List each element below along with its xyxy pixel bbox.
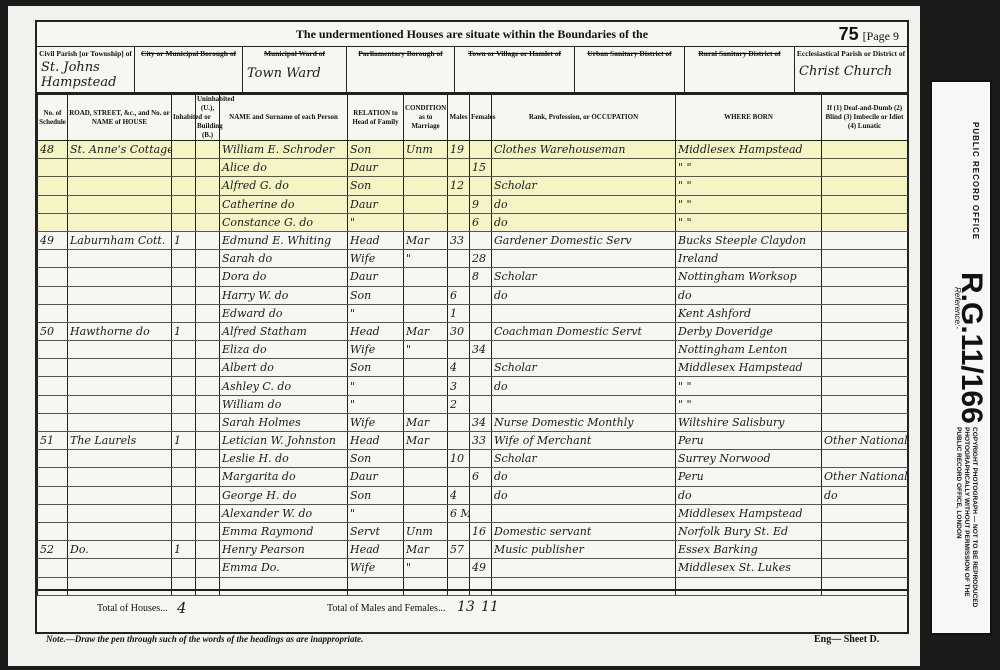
cell-road: Do.: [68, 541, 172, 559]
cell-schedule: [38, 504, 68, 522]
cell-born: Nottingham Worksop: [676, 268, 822, 286]
table-row: 50Hawthorne do1Alfred StathamHeadMar30Co…: [38, 322, 908, 340]
cell-occupation: [492, 559, 676, 577]
cell-born: Norfolk Bury St. Ed: [676, 522, 822, 540]
table-row: Emma Do.Wife"49Middlesex St. Lukes: [38, 559, 908, 577]
cell-road: [68, 504, 172, 522]
cell-condition: [404, 359, 448, 377]
cell-condition: ": [404, 250, 448, 268]
district-parliamentary-borough: Parliamentary Borough of: [347, 46, 455, 92]
cell-uninhabited: [196, 377, 220, 395]
cell-born: Middlesex St. Lukes: [676, 559, 822, 577]
cell-born: Surrey Norwood: [676, 450, 822, 468]
table-row: William do"2" ": [38, 395, 908, 413]
cell-road: [68, 304, 172, 322]
cell-condition: [404, 304, 448, 322]
district-label: Civil Parish [or Township] of: [39, 49, 132, 58]
table-row: Edward do"1Kent Ashford: [38, 304, 908, 322]
cell-relation: Daur: [348, 468, 404, 486]
col-name: NAME and Surname of each Person: [220, 95, 348, 141]
cell-uninhabited: [196, 395, 220, 413]
cell-female: 15: [470, 159, 492, 177]
cell-uninhabited: [196, 504, 220, 522]
cell-uninhabited: [196, 413, 220, 431]
cell-infirmity: [822, 504, 908, 522]
cell-occupation: Scholar: [492, 177, 676, 195]
cell-road: [68, 250, 172, 268]
cell-male: [448, 522, 470, 540]
cell-condition: Unm: [404, 141, 448, 159]
cell-relation: Head: [348, 432, 404, 450]
cell-born: " ": [676, 377, 822, 395]
cell-road: [68, 395, 172, 413]
cell-infirmity: [822, 195, 908, 213]
total-males: 13: [457, 599, 475, 615]
total-females: 11: [481, 599, 499, 615]
cell-infirmity: [822, 141, 908, 159]
footer-note: Note.—Draw the pen through such of the w…: [46, 634, 363, 644]
cell-name: Alfred Statham: [220, 322, 348, 340]
cell-male: 19: [448, 141, 470, 159]
cell-road: [68, 213, 172, 231]
cell-condition: ": [404, 341, 448, 359]
cell-infirmity: [822, 377, 908, 395]
cell-schedule: [38, 377, 68, 395]
district-value: Christ Church: [799, 64, 903, 79]
title-text: The undermentioned Houses are situate wi…: [296, 27, 648, 41]
cell-male: 4: [448, 486, 470, 504]
cell-infirmity: [822, 286, 908, 304]
cell-female: [470, 541, 492, 559]
cell-road: Laburnham Cott.: [68, 231, 172, 249]
cell-male: [448, 268, 470, 286]
cell-schedule: 49: [38, 231, 68, 249]
cell-schedule: [38, 250, 68, 268]
cell-inhabited: [172, 395, 196, 413]
table-row: 51The Laurels1Letician W. JohnstonHeadMa…: [38, 432, 908, 450]
cell-inhabited: [172, 268, 196, 286]
cell-schedule: 52: [38, 541, 68, 559]
cell-condition: [404, 468, 448, 486]
cell-uninhabited: [196, 195, 220, 213]
cell-inhabited: [172, 522, 196, 540]
table-row: 52Do.1Henry PearsonHeadMar57Music publis…: [38, 541, 908, 559]
cell-road: [68, 177, 172, 195]
cell-relation: ": [348, 377, 404, 395]
cell-occupation: do: [492, 486, 676, 504]
cell-inhabited: [172, 559, 196, 577]
cell-name: Alice do: [220, 159, 348, 177]
cell-uninhabited: [196, 286, 220, 304]
cell-road: [68, 377, 172, 395]
cell-occupation: [492, 341, 676, 359]
cell-born: " ": [676, 195, 822, 213]
cell-inhabited: [172, 195, 196, 213]
cell-inhabited: [172, 359, 196, 377]
district-label: Town or Village or Hamlet of: [468, 49, 561, 58]
cell-uninhabited: [196, 486, 220, 504]
cell-schedule: 51: [38, 432, 68, 450]
cell-male: [448, 413, 470, 431]
cell-condition: [404, 177, 448, 195]
district-label: Parliamentary Borough of: [358, 49, 442, 58]
cell-name: Alfred G. do: [220, 177, 348, 195]
table-row: Leslie H. doSon10ScholarSurrey Norwood: [38, 450, 908, 468]
cell-born: Derby Doveridge: [676, 322, 822, 340]
cell-occupation: Gardener Domestic Serv: [492, 231, 676, 249]
cell-occupation: do: [492, 195, 676, 213]
table-row: Margarita doDaur6doPeruOther Nationality: [38, 468, 908, 486]
cell-road: [68, 559, 172, 577]
census-rows: 48St. Anne's Cottage contdWilliam E. Sch…: [38, 141, 908, 596]
cell-occupation: Clothes Warehouseman: [492, 141, 676, 159]
table-row: Catherine doDaur9do" ": [38, 195, 908, 213]
col-inhabited: Inhabited: [172, 95, 196, 141]
cell-name: Alexander W. do: [220, 504, 348, 522]
cell-inhabited: 1: [172, 541, 196, 559]
cell-relation: ": [348, 504, 404, 522]
totals-row: Total of Houses... 4 Total of Males and …: [37, 589, 907, 631]
cell-inhabited: 1: [172, 432, 196, 450]
cell-female: 8: [470, 268, 492, 286]
page-title: The undermentioned Houses are situate wi…: [37, 22, 907, 47]
cell-male: [448, 341, 470, 359]
cell-condition: [404, 213, 448, 231]
cell-name: George H. do: [220, 486, 348, 504]
cell-condition: Mar: [404, 413, 448, 431]
cell-schedule: [38, 395, 68, 413]
cell-born: Middlesex Hampstead: [676, 504, 822, 522]
col-infirmity: If (1) Deaf-and-Dumb (2) Blind (3) Imbec…: [822, 95, 908, 141]
cell-condition: [404, 286, 448, 304]
cell-male: [448, 432, 470, 450]
cell-occupation: Nurse Domestic Monthly: [492, 413, 676, 431]
col-males: Males: [448, 95, 470, 141]
district-label: Rural Sanitary District of: [698, 49, 780, 58]
cell-uninhabited: [196, 522, 220, 540]
cell-road: [68, 486, 172, 504]
cell-born: Ireland: [676, 250, 822, 268]
cell-schedule: [38, 522, 68, 540]
cell-relation: Head: [348, 231, 404, 249]
cell-infirmity: Other Nationality: [822, 468, 908, 486]
cell-uninhabited: [196, 359, 220, 377]
cell-male: [448, 559, 470, 577]
district-ecclesiastical-parish: Ecclesiastical Parish or District ofChri…: [795, 46, 907, 92]
table-row: Eliza doWife"34Nottingham Lenton: [38, 341, 908, 359]
cell-relation: Servt: [348, 522, 404, 540]
cell-female: [470, 322, 492, 340]
cell-inhabited: [172, 213, 196, 231]
table-row: Alexander W. do"6 MoMiddlesex Hampstead: [38, 504, 908, 522]
cell-inhabited: [172, 450, 196, 468]
reference-number: R.G.11/166: [954, 272, 988, 424]
total-houses-label: Total of Houses...: [97, 603, 168, 614]
cell-name: Constance G. do: [220, 213, 348, 231]
cell-schedule: [38, 468, 68, 486]
cell-infirmity: [822, 413, 908, 431]
cell-female: [470, 177, 492, 195]
cell-name: Edward do: [220, 304, 348, 322]
table-row: Sarah doWife"28Ireland: [38, 250, 908, 268]
cell-infirmity: [822, 341, 908, 359]
cell-occupation: Music publisher: [492, 541, 676, 559]
cell-occupation: do: [492, 377, 676, 395]
page-number: 75[Page 9: [839, 22, 899, 48]
cell-relation: Son: [348, 359, 404, 377]
cell-inhabited: [172, 304, 196, 322]
cell-male: [448, 468, 470, 486]
cell-schedule: [38, 486, 68, 504]
cell-schedule: [38, 268, 68, 286]
cell-inhabited: [172, 377, 196, 395]
page-label: [Page 9: [863, 29, 899, 43]
cell-infirmity: [822, 231, 908, 249]
cell-condition: [404, 450, 448, 468]
district-label: Ecclesiastical Parish or District of: [797, 49, 905, 58]
cell-born: Middlesex Hampstead: [676, 359, 822, 377]
cell-inhabited: 1: [172, 231, 196, 249]
cell-male: 2: [448, 395, 470, 413]
cell-infirmity: [822, 250, 908, 268]
reference-card: PUBLIC RECORD OFFICE Reference:- R.G.11/…: [930, 80, 992, 635]
cell-relation: Son: [348, 486, 404, 504]
cell-inhabited: [172, 413, 196, 431]
cell-occupation: Scholar: [492, 450, 676, 468]
cell-relation: Daur: [348, 268, 404, 286]
col-road: ROAD, STREET, &c., and No. or NAME of HO…: [68, 95, 172, 141]
cell-name: Emma Do.: [220, 559, 348, 577]
cell-infirmity: [822, 359, 908, 377]
cell-uninhabited: [196, 177, 220, 195]
cell-uninhabited: [196, 213, 220, 231]
cell-relation: Head: [348, 541, 404, 559]
cell-condition: Unm: [404, 522, 448, 540]
cell-male: [448, 195, 470, 213]
cell-infirmity: [822, 322, 908, 340]
cell-name: Letician W. Johnston: [220, 432, 348, 450]
cell-infirmity: [822, 268, 908, 286]
cell-relation: Wife: [348, 559, 404, 577]
table-row: 49Laburnham Cott.1Edmund E. WhitingHeadM…: [38, 231, 908, 249]
cell-female: 9: [470, 195, 492, 213]
cell-male: 6: [448, 286, 470, 304]
cell-male: 10: [448, 450, 470, 468]
cell-road: [68, 413, 172, 431]
cell-female: 34: [470, 413, 492, 431]
cell-road: Hawthorne do: [68, 322, 172, 340]
cell-schedule: [38, 286, 68, 304]
cell-infirmity: [822, 395, 908, 413]
cell-name: William do: [220, 395, 348, 413]
cell-condition: [404, 195, 448, 213]
cell-female: [470, 304, 492, 322]
cell-inhabited: [172, 341, 196, 359]
cell-infirmity: [822, 213, 908, 231]
cell-male: [448, 250, 470, 268]
cell-inhabited: [172, 286, 196, 304]
cell-relation: ": [348, 304, 404, 322]
cell-name: Eliza do: [220, 341, 348, 359]
cell-schedule: [38, 159, 68, 177]
table-row: Emma RaymondServtUnm16Domestic servantNo…: [38, 522, 908, 540]
cell-schedule: [38, 304, 68, 322]
cell-road: [68, 286, 172, 304]
sheet-label: Eng— Sheet D.: [814, 634, 879, 645]
col-schedule: No. of Schedule: [38, 95, 68, 141]
cell-uninhabited: [196, 322, 220, 340]
total-persons-label: Total of Males and Females...: [327, 603, 445, 614]
cell-born: do: [676, 486, 822, 504]
cell-occupation: Scholar: [492, 268, 676, 286]
cell-born: " ": [676, 159, 822, 177]
cell-name: Sarah do: [220, 250, 348, 268]
cell-infirmity: [822, 159, 908, 177]
cell-infirmity: do: [822, 486, 908, 504]
cell-born: " ": [676, 213, 822, 231]
cell-road: [68, 268, 172, 286]
cell-born: Essex Barking: [676, 541, 822, 559]
cell-condition: [404, 486, 448, 504]
cell-occupation: [492, 250, 676, 268]
cell-occupation: Domestic servant: [492, 522, 676, 540]
cell-born: Peru: [676, 432, 822, 450]
cell-female: 28: [470, 250, 492, 268]
cell-name: Emma Raymond: [220, 522, 348, 540]
cell-inhabited: 1: [172, 322, 196, 340]
district-label: Urban Sanitary District of: [587, 49, 671, 58]
cell-name: Ashley C. do: [220, 377, 348, 395]
cell-name: Albert do: [220, 359, 348, 377]
cell-condition: Mar: [404, 231, 448, 249]
cell-male: 33: [448, 231, 470, 249]
cell-uninhabited: [196, 231, 220, 249]
cell-schedule: 48: [38, 141, 68, 159]
col-where-born: WHERE BORN: [676, 95, 822, 141]
cell-occupation: Coachman Domestic Servt: [492, 322, 676, 340]
cell-name: Henry Pearson: [220, 541, 348, 559]
cell-schedule: [38, 341, 68, 359]
cell-schedule: [38, 450, 68, 468]
cell-road: [68, 359, 172, 377]
cell-infirmity: Other Nationality: [822, 432, 908, 450]
folio-number: 75: [839, 24, 859, 44]
district-town-village: Town or Village or Hamlet of: [455, 46, 575, 92]
cell-born: Peru: [676, 468, 822, 486]
cell-schedule: [38, 213, 68, 231]
district-civil-parish: Civil Parish [or Township] ofSt. Johns H…: [37, 46, 135, 92]
cell-relation: Wife: [348, 250, 404, 268]
cell-female: [470, 359, 492, 377]
district-rural-sanitary: Rural Sanitary District of: [685, 46, 795, 92]
cell-relation: Wife: [348, 413, 404, 431]
cell-female: 34: [470, 341, 492, 359]
cell-occupation: Wife of Merchant: [492, 432, 676, 450]
cell-relation: ": [348, 395, 404, 413]
census-page: The undermentioned Houses are situate wi…: [8, 6, 920, 666]
cell-uninhabited: [196, 541, 220, 559]
col-relation: RELATION to Head of Family: [348, 95, 404, 141]
cell-relation: Head: [348, 322, 404, 340]
cell-male: [448, 213, 470, 231]
table-row: Albert doSon4ScholarMiddlesex Hampstead: [38, 359, 908, 377]
cell-occupation: [492, 504, 676, 522]
cell-infirmity: [822, 522, 908, 540]
col-condition: CONDITION as to Marriage: [404, 95, 448, 141]
cell-inhabited: [172, 486, 196, 504]
cell-female: [470, 486, 492, 504]
cell-road: [68, 450, 172, 468]
cell-schedule: [38, 177, 68, 195]
census-sheet: The undermentioned Houses are situate wi…: [35, 20, 909, 634]
cell-schedule: [38, 413, 68, 431]
cell-female: 16: [470, 522, 492, 540]
cell-relation: ": [348, 213, 404, 231]
cell-condition: [404, 268, 448, 286]
cell-road: [68, 468, 172, 486]
cell-condition: [404, 395, 448, 413]
cell-infirmity: [822, 541, 908, 559]
table-row: 48St. Anne's Cottage contdWilliam E. Sch…: [38, 141, 908, 159]
cell-name: Margarita do: [220, 468, 348, 486]
cell-name: Leslie H. do: [220, 450, 348, 468]
copyright-notice: COPYRIGHT PHOTOGRAPH — NOT TO BE REPRODU…: [954, 427, 978, 617]
cell-relation: Son: [348, 286, 404, 304]
cell-occupation: Scholar: [492, 359, 676, 377]
cell-name: Catherine do: [220, 195, 348, 213]
district-urban-sanitary: Urban Sanitary District of: [575, 46, 685, 92]
cell-male: 57: [448, 541, 470, 559]
cell-uninhabited: [196, 250, 220, 268]
cell-inhabited: [172, 159, 196, 177]
cell-born: Wiltshire Salisbury: [676, 413, 822, 431]
table-row: Constance G. do"6do" ": [38, 213, 908, 231]
cell-uninhabited: [196, 159, 220, 177]
table-row: Dora doDaur8ScholarNottingham Worksop: [38, 268, 908, 286]
census-table: No. of Schedule ROAD, STREET, &c., and N…: [37, 94, 908, 596]
cell-male: 4: [448, 359, 470, 377]
cell-female: 6: [470, 468, 492, 486]
cell-male: 6 Mo: [448, 504, 470, 522]
cell-male: 3: [448, 377, 470, 395]
cell-relation: Daur: [348, 195, 404, 213]
total-houses-value: 4: [177, 599, 187, 617]
cell-female: [470, 286, 492, 304]
cell-road: [68, 341, 172, 359]
col-females: Females: [470, 95, 492, 141]
table-row: Alice doDaur15" ": [38, 159, 908, 177]
cell-inhabited: [172, 177, 196, 195]
cell-uninhabited: [196, 450, 220, 468]
cell-condition: [404, 377, 448, 395]
cell-name: Dora do: [220, 268, 348, 286]
cell-occupation: do: [492, 286, 676, 304]
cell-road: [68, 195, 172, 213]
cell-name: William E. Schroder: [220, 141, 348, 159]
cell-road: [68, 159, 172, 177]
table-row: Sarah HolmesWifeMar34Nurse Domestic Mont…: [38, 413, 908, 431]
cell-born: " ": [676, 395, 822, 413]
district-label: City or Municipal Borough of: [141, 49, 236, 58]
cell-uninhabited: [196, 268, 220, 286]
cell-female: 33: [470, 432, 492, 450]
cell-occupation: [492, 304, 676, 322]
cell-condition: Mar: [404, 432, 448, 450]
cell-uninhabited: [196, 341, 220, 359]
cell-born: Kent Ashford: [676, 304, 822, 322]
cell-schedule: [38, 559, 68, 577]
cell-uninhabited: [196, 432, 220, 450]
